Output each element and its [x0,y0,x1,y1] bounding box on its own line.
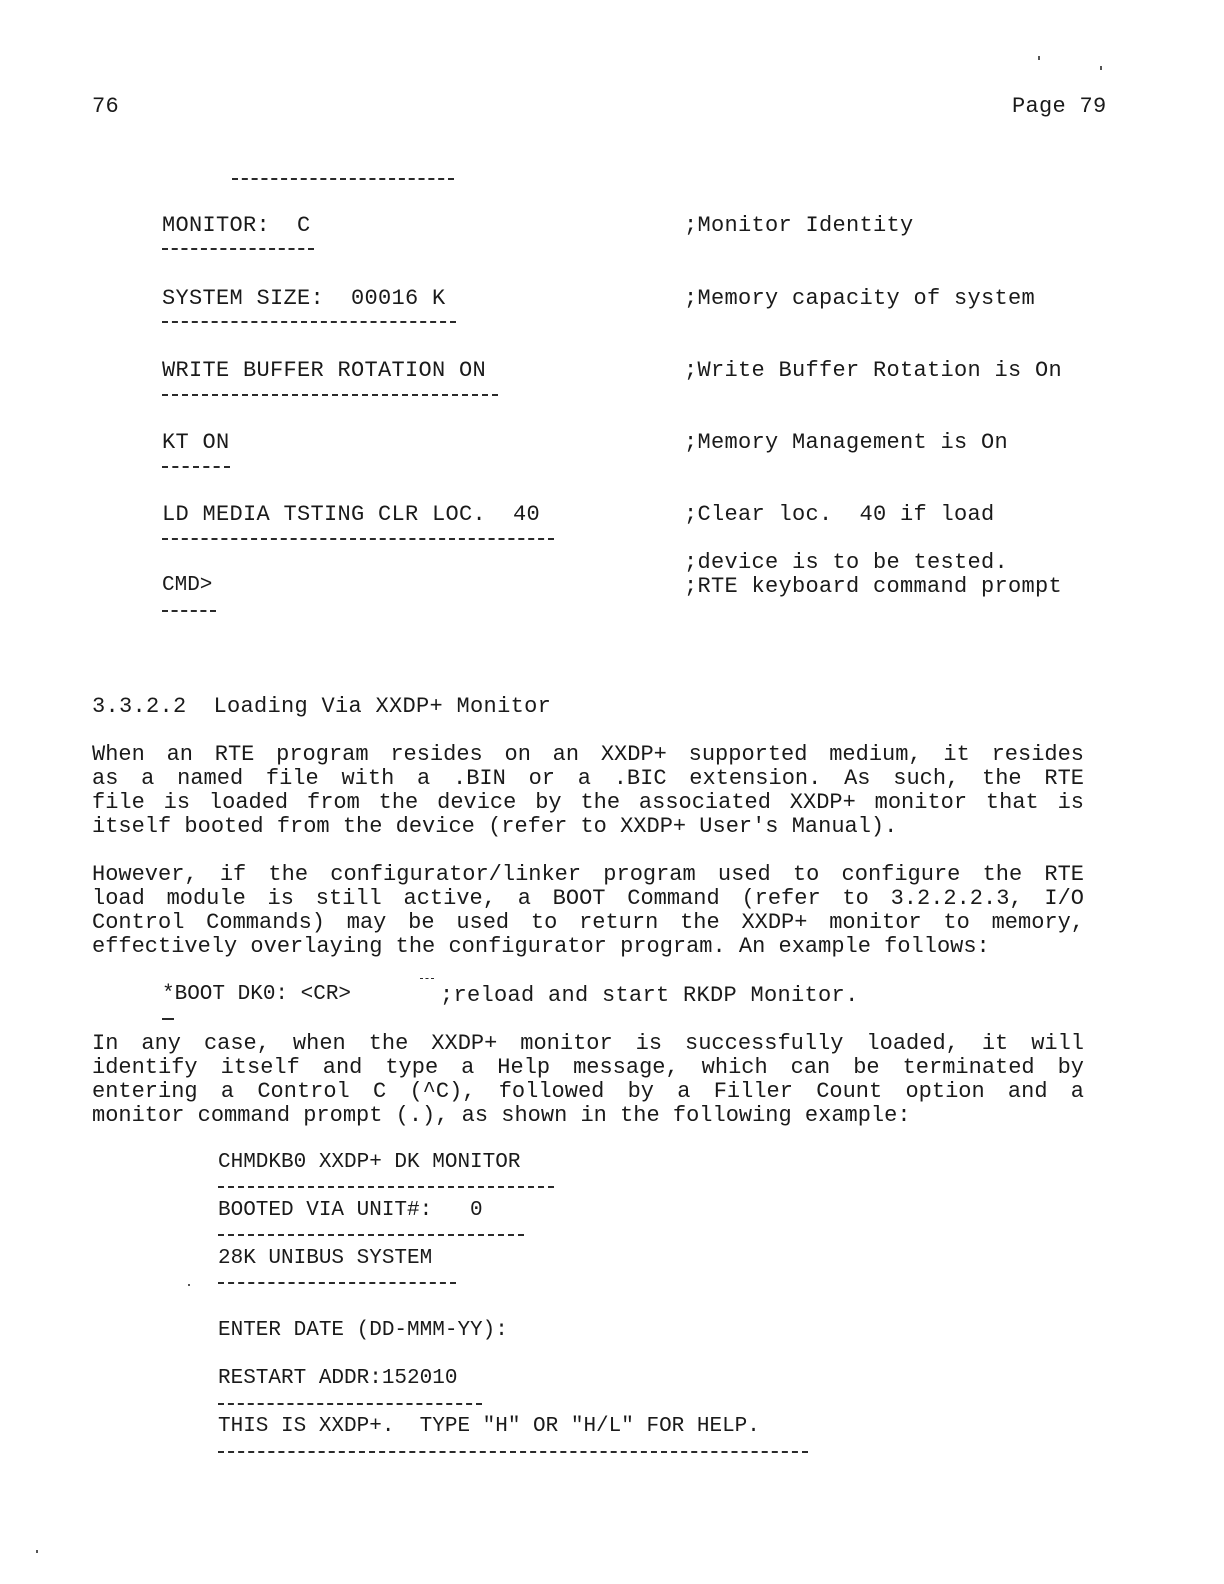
scan-mark [420,978,434,979]
example-command: *BOOT DK0: <CR> [162,983,351,1006]
section-heading: 3.3.2.2 Loading Via XXDP+ Monitor [92,694,551,719]
monitor-comment: ;Memory Management is On [684,430,1008,455]
monitor-line: SYSTEM SIZE: 00016 K [162,286,446,311]
paragraph-line: load module is still active, a BOOT Comm… [92,887,1084,911]
underline [218,1403,482,1405]
paragraph-line: Control Commands) may be used to return … [92,911,1084,935]
monitor-line: MONITOR: C [162,213,311,238]
underline [162,321,456,323]
xxdp-line: RESTART ADDR:152010 [218,1367,457,1390]
paragraph-line: monitor command prompt (.), as shown in … [92,1104,1084,1128]
underline [162,248,314,250]
paragraph: However, if the configurator/linker prog… [92,863,1084,959]
paragraph-line: entering a Control C (^C), followed by a… [92,1080,1084,1104]
scan-speck [1038,56,1040,60]
monitor-comment-continuation: ;device is to be tested. [684,550,1008,575]
monitor-line: CMD> [162,574,212,597]
example-comment: ;reload and start RKDP Monitor. [440,983,859,1008]
monitor-line: KT ON [162,430,230,455]
monitor-comment: ;Monitor Identity [684,213,914,238]
underline [162,1018,174,1020]
underline [218,1234,524,1236]
monitor-line: WRITE BUFFER ROTATION ON [162,358,486,383]
monitor-comment: ;Clear loc. 40 if load [684,502,995,527]
paragraph-line: In any case, when the XXDP+ monitor is s… [92,1032,1084,1056]
paragraph-line: identify itself and type a Help message,… [92,1056,1084,1080]
scan-speck [1100,66,1102,70]
scan-speck [36,1550,38,1553]
paragraph: In any case, when the XXDP+ monitor is s… [92,1032,1084,1128]
underline [218,1451,808,1453]
underline [218,1282,456,1284]
xxdp-line: THIS IS XXDP+. TYPE "H" OR "H/L" FOR HEL… [218,1415,760,1438]
xxdp-line: CHMDKB0 XXDP+ DK MONITOR [218,1151,520,1174]
underline [162,394,498,396]
underline [162,610,216,612]
xxdp-line: BOOTED VIA UNIT#: 0 [218,1199,483,1222]
monitor-comment: ;Memory capacity of system [684,286,1035,311]
paragraph-line: as a named file with a .BIN or a .BIC ex… [92,767,1084,791]
page-number-right: Page 79 [1012,94,1107,119]
scan-speck [188,1284,190,1286]
underline [162,538,554,540]
monitor-comment: ;Write Buffer Rotation is On [684,358,1062,383]
paragraph-line: When an RTE program resides on an XXDP+ … [92,743,1084,767]
paragraph-line: itself booted from the device (refer to … [92,815,1084,839]
paragraph: When an RTE program resides on an XXDP+ … [92,743,1084,839]
xxdp-line: ENTER DATE (DD-MMM-YY): [218,1319,508,1342]
underline [218,1186,554,1188]
xxdp-line: 28K UNIBUS SYSTEM [218,1247,432,1270]
paragraph-line: effectively overlaying the configurator … [92,935,1084,959]
monitor-line: LD MEDIA TSTING CLR LOC. 40 [162,502,540,527]
divider [232,178,454,180]
monitor-comment: ;RTE keyboard command prompt [684,574,1062,599]
paragraph-line: file is loaded from the device by the as… [92,791,1084,815]
underline [162,466,230,468]
page-number-left: 76 [92,94,119,119]
paragraph-line: However, if the configurator/linker prog… [92,863,1084,887]
